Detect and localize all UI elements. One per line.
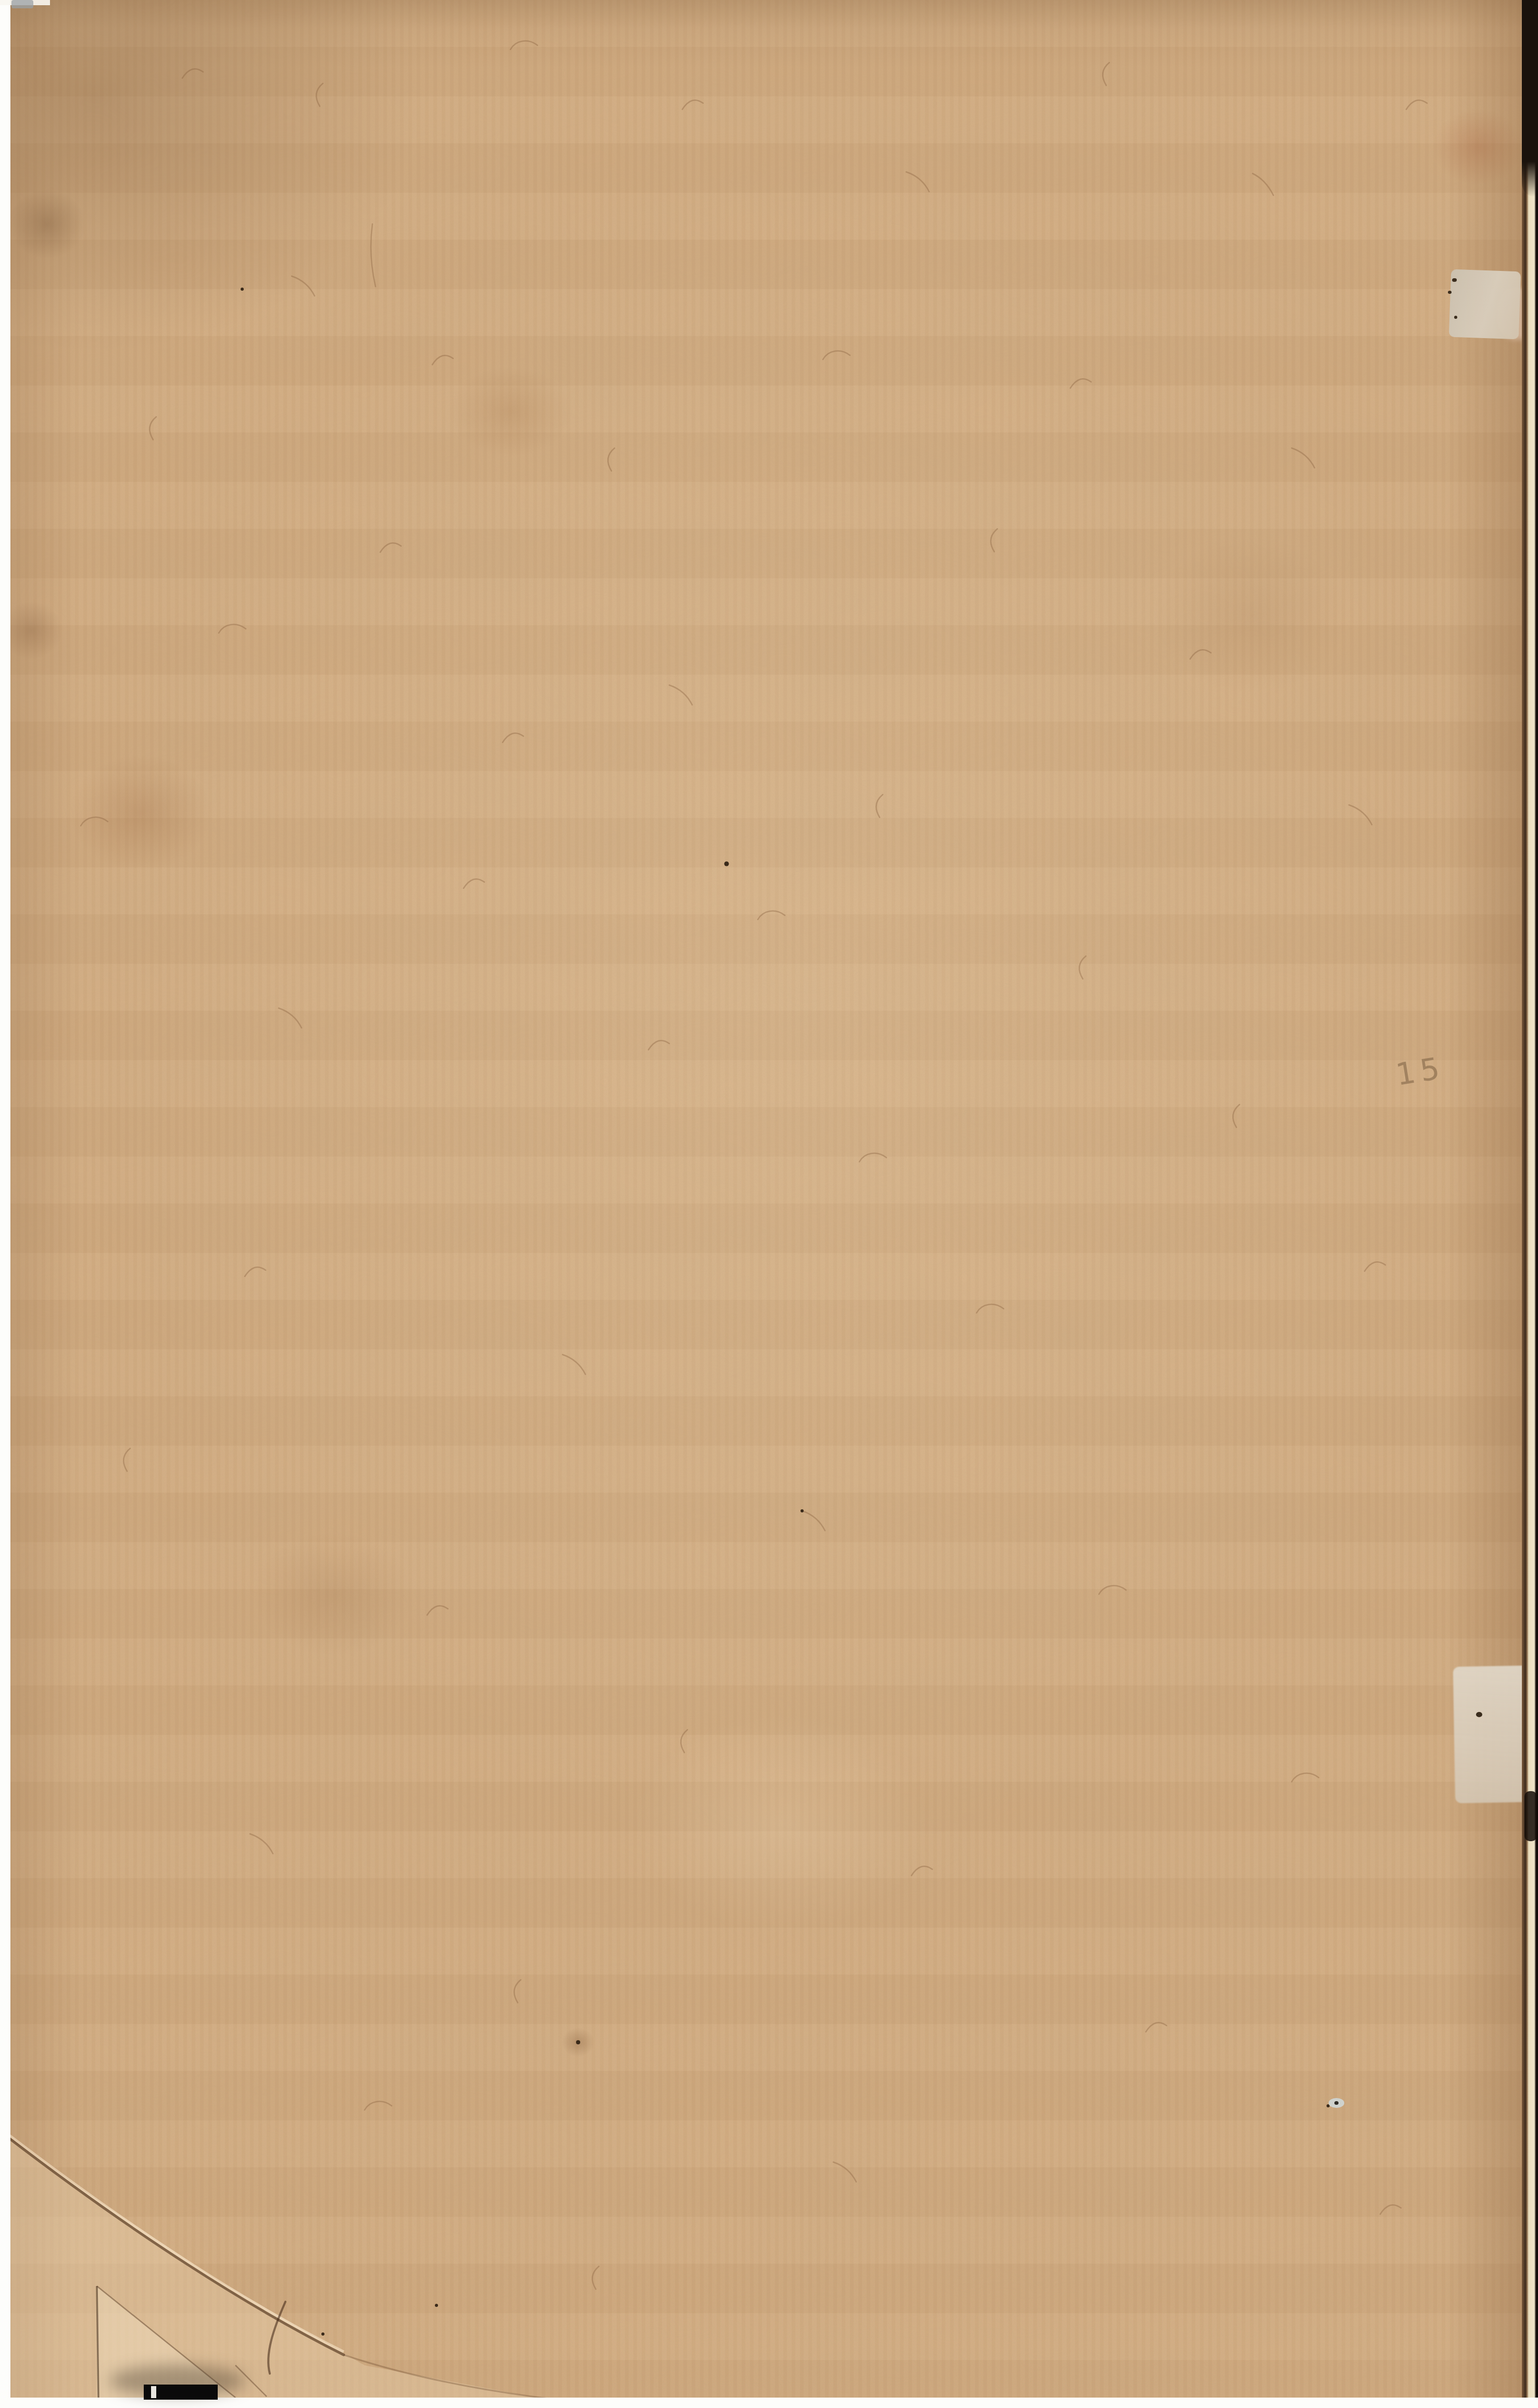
scanner-artifact (11, 0, 33, 8)
paper-grain-texture (0, 0, 1538, 2408)
repair-tape-upper (1449, 269, 1521, 340)
fore-edge-blotch (1524, 1791, 1537, 1841)
fore-edge-shadow (1522, 0, 1538, 197)
scanned-book-page: 15 (0, 0, 1538, 2408)
tape-speck (1448, 291, 1452, 294)
pencil-annotation: 15 (1393, 1050, 1447, 1093)
black-marker-object (144, 2385, 218, 2400)
marker-notch (151, 2386, 156, 2398)
book-fore-edge (1522, 0, 1538, 2408)
paper-fleck (1329, 2098, 1344, 2108)
tape-speck (1454, 316, 1457, 319)
gutter-shadow (1446, 0, 1524, 2408)
tape-speck (1452, 278, 1457, 282)
repair-tape-lower (1453, 1666, 1533, 1804)
scanner-margin-bottom (0, 2398, 1538, 2408)
scanner-margin-left (0, 0, 10, 2408)
tape-speck (1476, 1712, 1482, 1717)
